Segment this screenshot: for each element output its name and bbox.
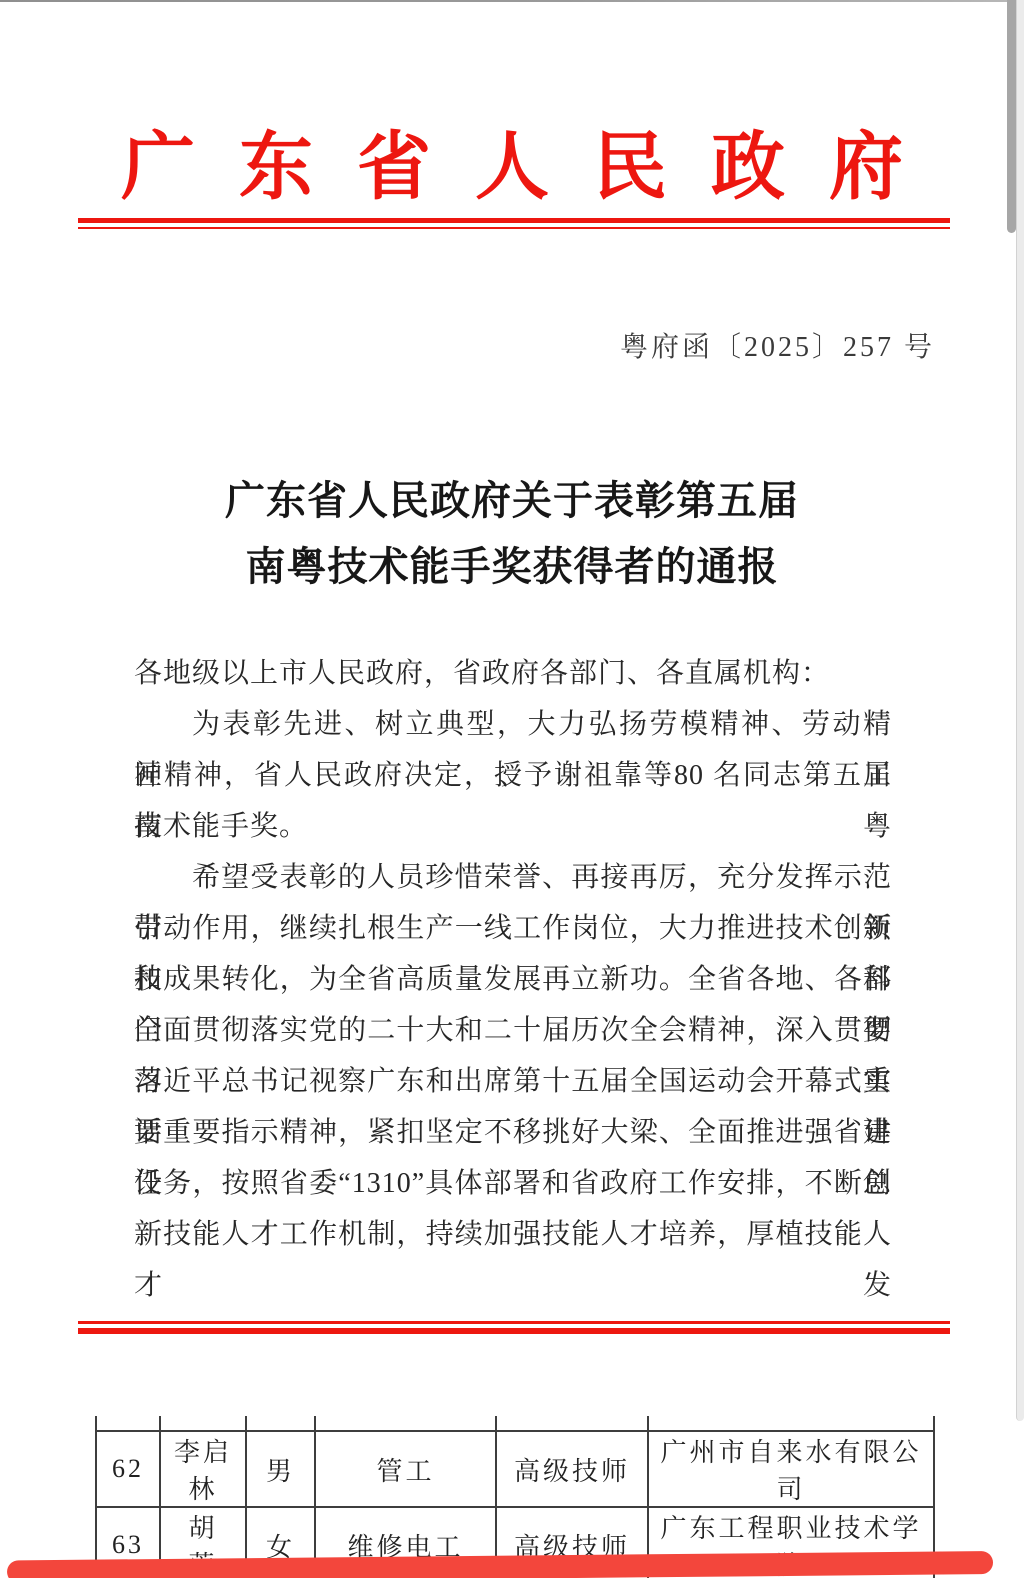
- body-line: 各地级以上市人民政府，省政府各部门、各直属机构：: [134, 648, 892, 699]
- table-cell-level: 高级技师: [496, 1431, 648, 1507]
- table-cell-trade: 管工: [315, 1431, 496, 1507]
- table-cell-gender: 男: [246, 1431, 315, 1507]
- body-line: 新技能人才工作机制，持续加强技能人才培养，厚植技能人才发: [134, 1209, 892, 1260]
- document-title: 广东省人民政府关于表彰第五届 南粤技术能手奖获得者的通报: [0, 468, 1024, 600]
- agency-masthead: 广东省人民政府: [0, 108, 1024, 214]
- table-row-cropped: [96, 1416, 934, 1431]
- document-body: 各地级以上市人民政府，省政府各部门、各直属机构：为表彰先进、树立典型，大力弘扬劳…: [134, 648, 892, 1260]
- body-line: 话重要指示精神，紧扣坚定不移挑好大梁、全面推进强省建设总: [134, 1107, 892, 1158]
- body-line: 为表彰先进、树立典型，大力弘扬劳模精神、劳动精神、工: [134, 699, 892, 750]
- scrollbar-thumb[interactable]: [1007, 0, 1016, 233]
- body-line: 习近平总书记视察广东和出席第十五届全国运动会开幕式重要讲: [134, 1056, 892, 1107]
- table-cell-name: 李启林: [160, 1431, 246, 1507]
- body-line: 全面贯彻落实党的二十大和二十届历次全会精神，深入贯彻落实: [134, 1005, 892, 1056]
- body-line: 希望受表彰的人员珍惜荣誉、再接再厉，充分发挥示范引领: [134, 852, 892, 903]
- document-title-line-1: 广东省人民政府关于表彰第五届: [0, 468, 1024, 534]
- masthead-divider-rule: [78, 218, 950, 229]
- body-line: 带动作用，继续扎根生产一线工作岗位，大力推进技术创新和科: [134, 903, 892, 954]
- body-line: 技成果转化，为全省高质量发展再立新功。全省各地、各部门要: [134, 954, 892, 1005]
- body-line: 匠精神，省人民政府决定，授予谢祖靠等80 名同志第五届南粤: [134, 750, 892, 801]
- table-row: 62李启林男管工高级技师广州市自来水有限公司: [96, 1431, 934, 1507]
- table-cell-no: 62: [96, 1431, 160, 1507]
- table-cell-org: 广州市自来水有限公司: [648, 1431, 934, 1507]
- document-number: 粤府函〔2025〕257 号: [620, 325, 935, 365]
- scrollbar-track[interactable]: [1016, 0, 1024, 1421]
- body-line: 任务，按照省委“1310”具体部署和省政府工作安排，不断创: [134, 1158, 892, 1209]
- footer-divider-rule: [78, 1321, 950, 1334]
- window-top-edge: [0, 0, 1024, 2]
- document-title-line-2: 南粤技术能手奖获得者的通报: [0, 534, 1024, 600]
